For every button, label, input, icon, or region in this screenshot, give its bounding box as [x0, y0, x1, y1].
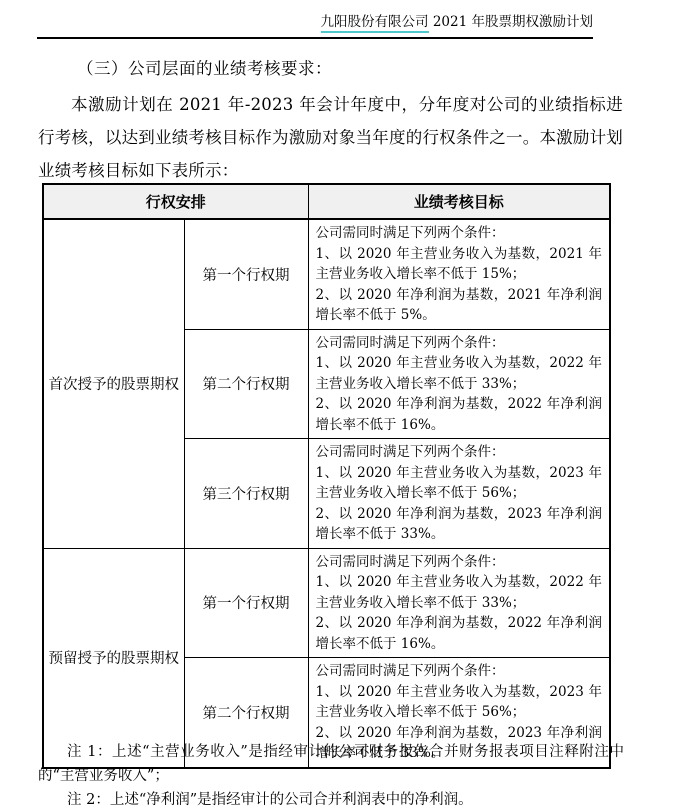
target-line: 公司需同时满足下列两个条件：: [316, 661, 603, 682]
target-line: 1、以 2020 年主营业务收入为基数，2023 年主营业务收入增长率不低于 5…: [316, 682, 603, 723]
performance-table: 行权安排 业绩考核目标 首次授予的股票期权 第一个行权期 公司需同时满足下列两个…: [42, 183, 611, 769]
period-cell: 第二个行权期: [184, 329, 308, 439]
target-cell: 公司需同时满足下列两个条件： 1、以 2020 年主营业务收入为基数，2021 …: [308, 219, 610, 329]
target-line: 2、以 2020 年净利润为基数，2021 年净利润增长率不低于 5%。: [316, 285, 603, 326]
target-line: 公司需同时满足下列两个条件：: [316, 333, 603, 354]
target-line: 1、以 2020 年主营业务收入为基数，2022 年主营业务收入增长率不低于 3…: [316, 572, 603, 613]
target-line: 2、以 2020 年净利润为基数，2022 年净利润增长率不低于 16%。: [316, 613, 603, 654]
footnotes: 注 1：上述“主营业务收入”是指经审计的公司财务报告合并财务报表项目注释附注中的…: [38, 740, 624, 811]
period-cell: 第一个行权期: [184, 548, 308, 658]
target-line: 公司需同时满足下列两个条件：: [316, 442, 603, 463]
target-line: 2、以 2020 年净利润为基数，2022 年净利润增长率不低于 16%。: [316, 394, 603, 435]
group-cell-initial-grant: 首次授予的股票期权: [43, 219, 184, 548]
period-cell: 第三个行权期: [184, 439, 308, 549]
group-cell-reserved-grant: 预留授予的股票期权: [43, 548, 184, 768]
target-line: 1、以 2020 年主营业务收入为基数，2022 年主营业务收入增长率不低于 3…: [316, 353, 603, 394]
target-line: 1、以 2020 年主营业务收入为基数，2021 年主营业务收入增长率不低于 1…: [316, 244, 603, 285]
intro-paragraph: 本激励计划在 2021 年-2023 年会计年度中，分年度对公司的业绩指标进行考…: [38, 88, 623, 187]
header-performance-target: 业绩考核目标: [308, 184, 610, 219]
table-row: 首次授予的股票期权 第一个行权期 公司需同时满足下列两个条件： 1、以 2020…: [43, 219, 610, 329]
note-1: 注 1：上述“主营业务收入”是指经审计的公司财务报告合并财务报表项目注释附注中的…: [38, 740, 624, 788]
target-cell: 公司需同时满足下列两个条件： 1、以 2020 年主营业务收入为基数，2022 …: [308, 548, 610, 658]
note-2: 注 2：上述“净利润”是指经审计的公司合并利润表中的净利润。: [38, 788, 624, 811]
target-line: 1、以 2020 年主营业务收入为基数，2023 年主营业务收入增长率不低于 5…: [316, 463, 603, 504]
company-name-link[interactable]: 九阳股份有限公司: [321, 14, 429, 33]
period-cell: 第一个行权期: [184, 219, 308, 329]
table-header-row: 行权安排 业绩考核目标: [43, 184, 610, 219]
doc-title: 2021 年股票期权激励计划: [429, 14, 593, 30]
doc-header: 九阳股份有限公司 2021 年股票期权激励计划: [37, 13, 593, 39]
header-exercise-arrangement: 行权安排: [43, 184, 308, 219]
target-line: 公司需同时满足下列两个条件：: [316, 552, 603, 573]
document-page: 九阳股份有限公司 2021 年股票期权激励计划 （三）公司层面的业绩考核要求： …: [0, 0, 678, 811]
target-cell: 公司需同时满足下列两个条件： 1、以 2020 年主营业务收入为基数，2022 …: [308, 329, 610, 439]
table-row: 预留授予的股票期权 第一个行权期 公司需同时满足下列两个条件： 1、以 2020…: [43, 548, 610, 658]
section-heading: （三）公司层面的业绩考核要求：: [77, 55, 332, 79]
target-line: 公司需同时满足下列两个条件：: [316, 223, 603, 244]
target-line: 2、以 2020 年净利润为基数，2023 年净利润增长率不低于 33%。: [316, 504, 603, 545]
target-cell: 公司需同时满足下列两个条件： 1、以 2020 年主营业务收入为基数，2023 …: [308, 439, 610, 549]
